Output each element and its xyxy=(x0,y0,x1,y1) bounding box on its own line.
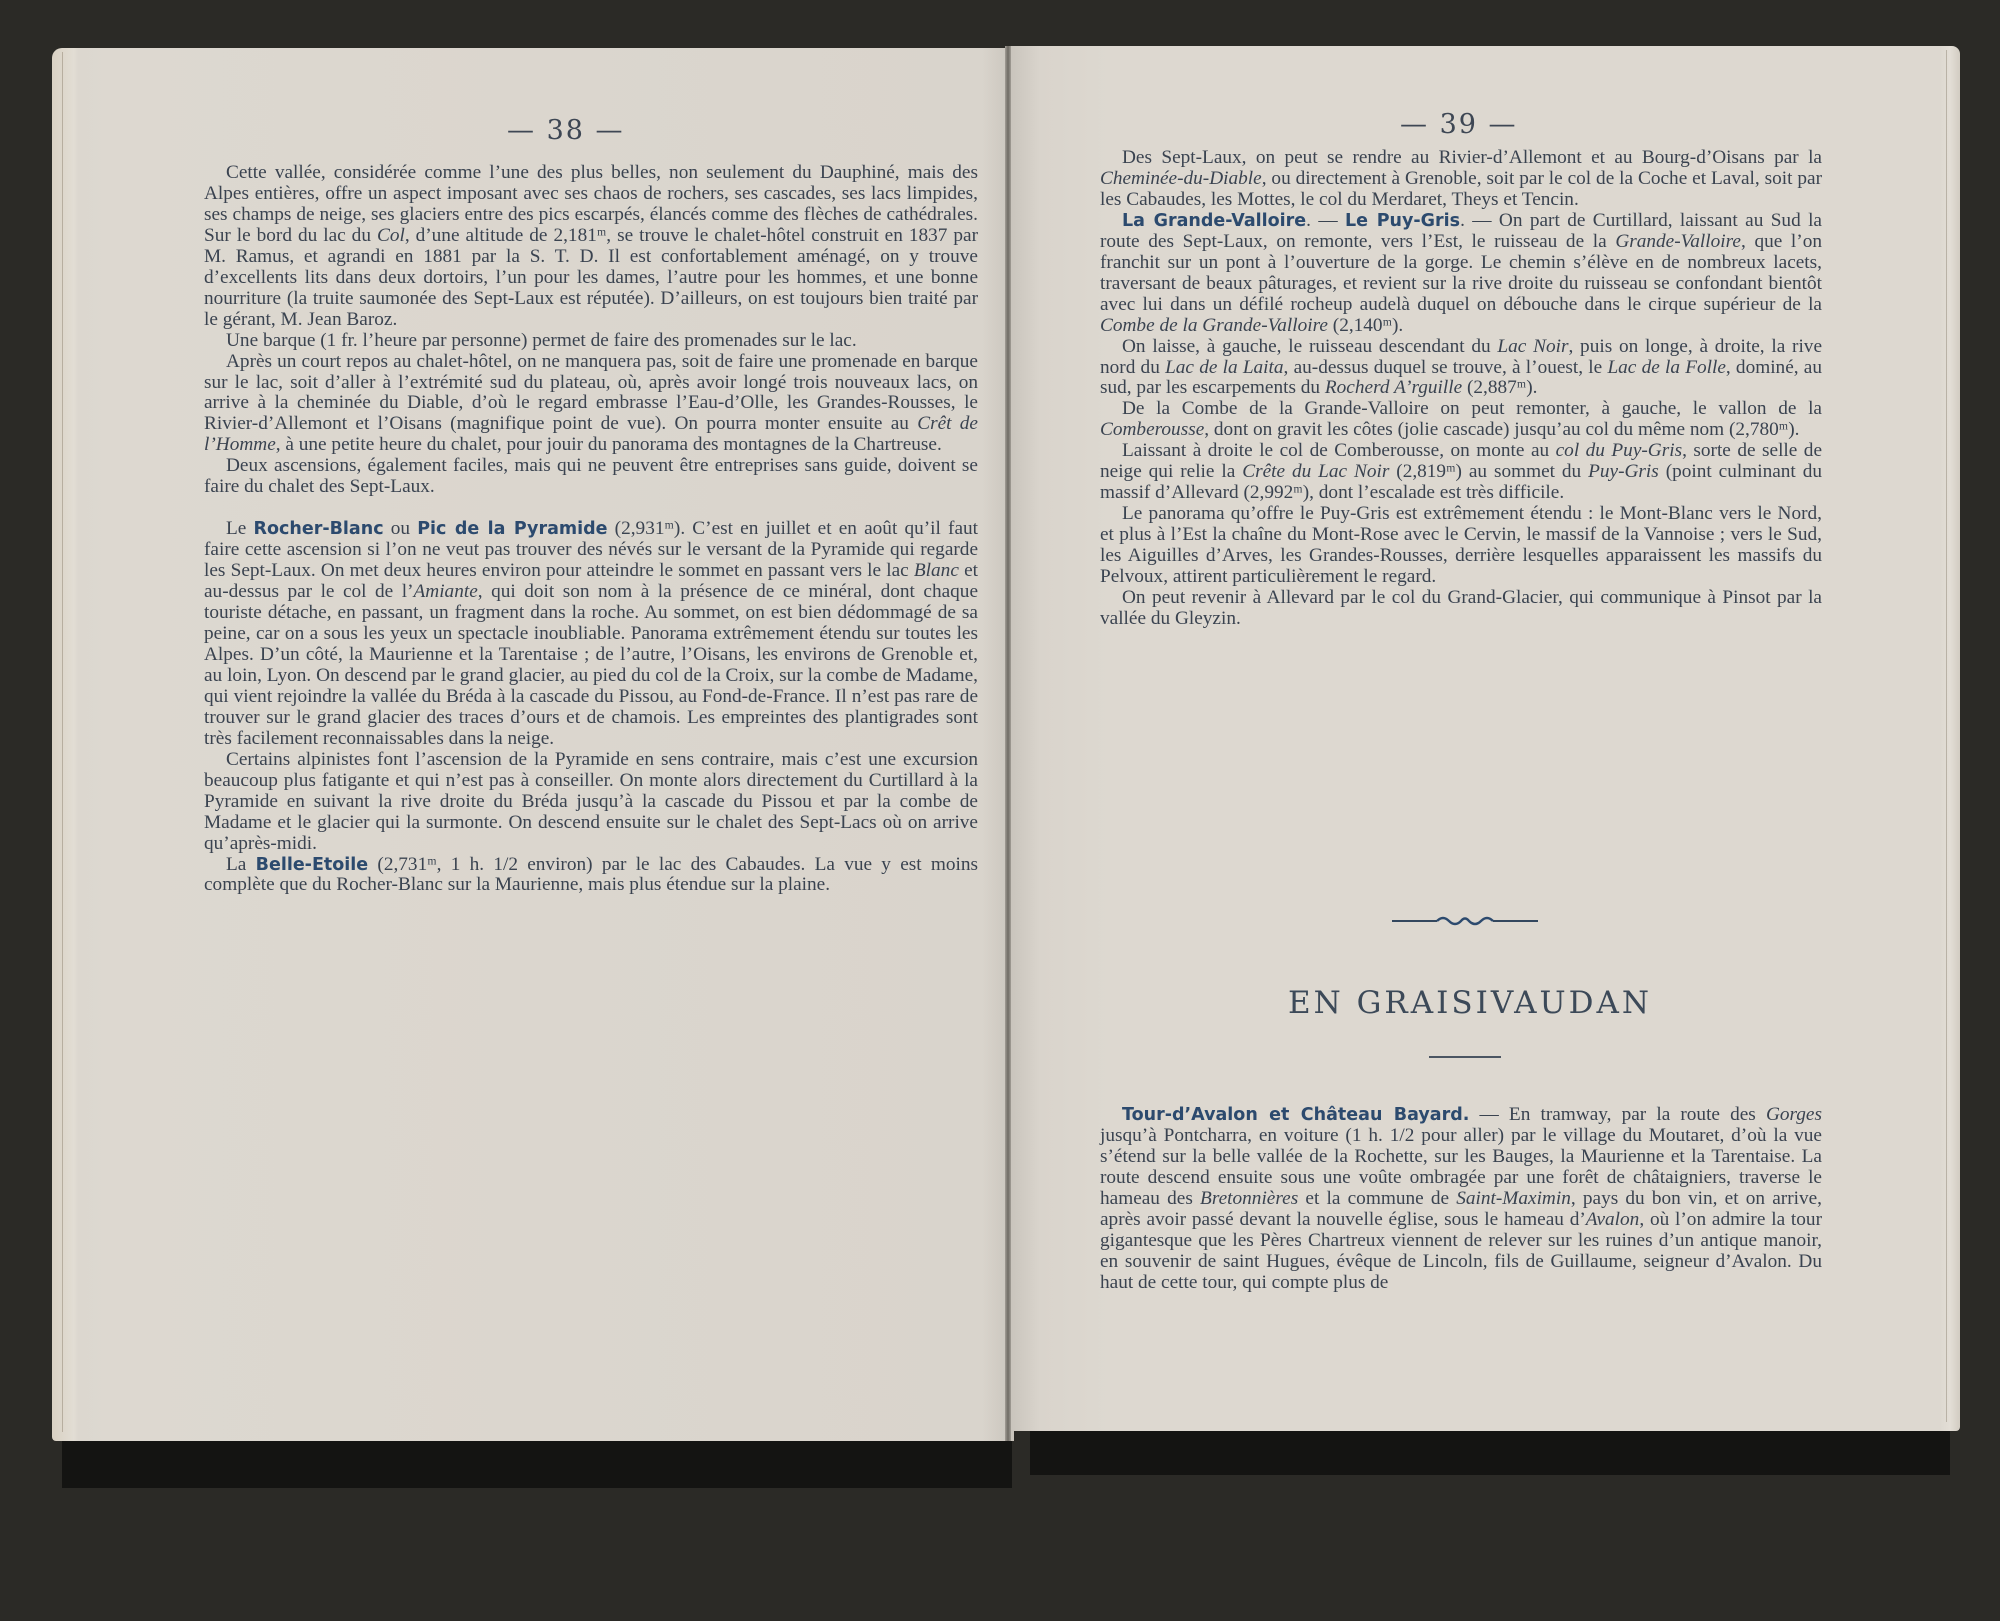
left-page-text: Cette vallée, considérée comme l’une des… xyxy=(204,163,978,896)
text-run: Une barque (1 fr. l’heure par personne) … xyxy=(226,330,857,351)
text-run: — En tramway, par la route des xyxy=(1469,1104,1766,1125)
place-heading: Rocher-Blanc xyxy=(254,519,384,539)
text-run: On peut revenir à Allevard par le col du… xyxy=(1100,587,1822,629)
text-run: Des Sept-Laux, on peut se rendre au Rivi… xyxy=(1122,147,1822,168)
place-heading: Belle-Etoile xyxy=(256,855,369,875)
paragraph: Tour-d’Avalon et Château Bayard. — En tr… xyxy=(1100,1105,1822,1294)
text-run: Le panorama qu’offre le Puy-Gris est ext… xyxy=(1100,503,1822,587)
place-name: Lac Noir xyxy=(1497,336,1568,357)
place-heading: Pic de la Pyramide xyxy=(417,519,607,539)
paragraph: On laisse, à gauche, le ruisseau descend… xyxy=(1100,337,1822,400)
text-run: et la commune de xyxy=(1298,1188,1456,1209)
text-run: Laissant à droite le col de Comberousse,… xyxy=(1122,440,1556,461)
place-name: Cheminée-du-Diable xyxy=(1100,168,1262,189)
fleuron-ornament-icon xyxy=(1392,914,1538,926)
paragraph: Cette vallée, considérée comme l’une des… xyxy=(204,163,978,331)
text-run: , qui doit son nom à la présence de ce m… xyxy=(204,581,978,749)
page-number-39: — 39 — xyxy=(1400,109,1518,140)
text-run: (2,887ᵐ). xyxy=(1462,377,1537,398)
text-run: , dont on gravit les côtes (jolie cascad… xyxy=(1204,419,1799,440)
place-name: Amiante xyxy=(414,581,478,602)
paragraph: Le panorama qu’offre le Puy-Gris est ext… xyxy=(1100,504,1822,588)
place-name: col du Puy-Gris xyxy=(1556,440,1682,461)
book-shadow-left xyxy=(62,1440,1012,1488)
text-run: (2,140ᵐ). xyxy=(1328,315,1403,336)
paragraph: On peut revenir à Allevard par le col du… xyxy=(1100,588,1822,630)
text-run: La xyxy=(226,854,256,875)
place-name: Col xyxy=(377,225,405,246)
place-name: Rocherd A’rguille xyxy=(1325,377,1462,398)
place-name: Crête du Lac Noir xyxy=(1242,461,1389,482)
paragraph: Certains alpinistes font l’ascension de … xyxy=(204,750,978,855)
place-name: Combe de la Grande-Valloire xyxy=(1100,315,1328,336)
place-name: Puy-Gris xyxy=(1588,461,1659,482)
place-name: Lac de la Folle xyxy=(1607,357,1725,378)
text-run: . — xyxy=(1306,210,1345,231)
paragraph: Laissant à droite le col de Comberousse,… xyxy=(1100,441,1822,504)
text-run: , au-dessus duquel se trouve, à l’ouest,… xyxy=(1284,357,1608,378)
place-name: Blanc xyxy=(914,560,959,581)
text-run: De la Combe de la Grande-Valloire on peu… xyxy=(1122,398,1822,419)
place-heading: La Grande-Valloire xyxy=(1122,211,1306,231)
left-page: — 38 — Cette vallée, considérée comme l’… xyxy=(52,48,1014,1441)
place-name: Saint-Maximin xyxy=(1456,1188,1571,1209)
page-number-38: — 38 — xyxy=(507,115,625,146)
text-run: (2,819ᵐ) au sommet du xyxy=(1389,461,1588,482)
section-title: EN GRAISIVAUDAN xyxy=(1100,985,1840,1021)
right-page-text: Des Sept-Laux, on peut se rendre au Rivi… xyxy=(1100,148,1822,630)
text-run: , à une petite heure du chalet, pour jou… xyxy=(276,434,942,455)
place-name: Grande-Valloire xyxy=(1615,231,1741,252)
place-name: Lac de la Laita xyxy=(1165,357,1283,378)
right-page-edge xyxy=(1946,50,1957,1422)
place-name: Avalon xyxy=(1586,1209,1640,1230)
paragraph: Après un court repos au chalet-hôtel, on… xyxy=(204,352,978,457)
text-run: Deux ascensions, également faciles, mais… xyxy=(204,455,978,497)
text-run: Le xyxy=(226,518,254,539)
text-run: Certains alpinistes font l’ascension de … xyxy=(204,749,978,854)
place-heading: Tour-d’Avalon et Château Bayard. xyxy=(1122,1105,1469,1125)
paragraph: La Grande-Valloire. — Le Puy-Gris. — On … xyxy=(1100,211,1822,337)
text-run: Après un court repos au chalet-hôtel, on… xyxy=(204,351,978,435)
book-gutter xyxy=(1005,46,1011,1441)
paragraph: Des Sept-Laux, on peut se rendre au Rivi… xyxy=(1100,148,1822,211)
paragraph: De la Combe de la Grande-Valloire on peu… xyxy=(1100,399,1822,441)
place-name: Comberousse xyxy=(1100,419,1204,440)
place-name: Bretonnières xyxy=(1200,1188,1298,1209)
text-run: ou xyxy=(384,518,418,539)
place-heading: Le Puy-Gris xyxy=(1345,211,1460,231)
title-rule xyxy=(1429,1056,1501,1058)
paragraph: Deux ascensions, également faciles, mais… xyxy=(204,456,978,498)
left-page-edge xyxy=(52,52,63,1432)
paragraph: Une barque (1 fr. l’heure par personne) … xyxy=(204,331,978,352)
paragraph: Le Rocher-Blanc ou Pic de la Pyramide (2… xyxy=(204,519,978,749)
paragraph: La Belle-Etoile (2,731ᵐ, 1 h. 1/2 enviro… xyxy=(204,855,978,897)
place-name: Gorges xyxy=(1766,1104,1822,1125)
section-text: Tour-d’Avalon et Château Bayard. — En tr… xyxy=(1100,1105,1822,1294)
book-shadow-right xyxy=(1030,1430,1950,1475)
text-run: On laisse, à gauche, le ruisseau descend… xyxy=(1122,336,1497,357)
